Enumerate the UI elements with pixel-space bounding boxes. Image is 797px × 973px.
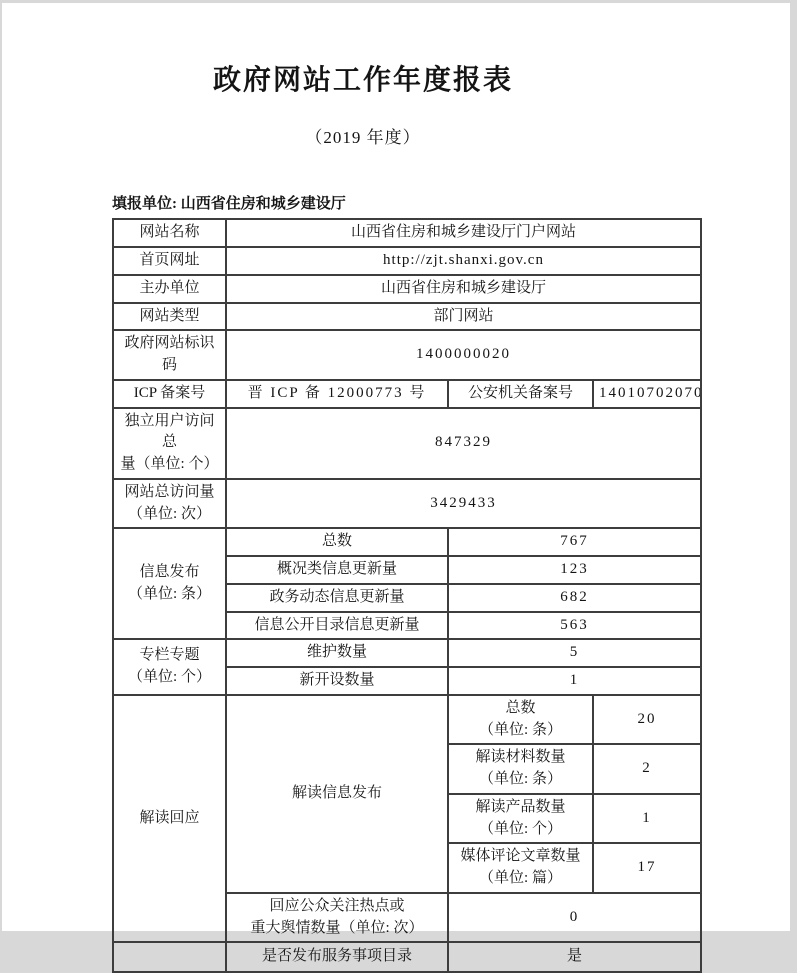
annual-report-table: 网站名称 山西省住房和城乡建设厅门户网站 首页网址 http://zjt.sha…: [112, 218, 702, 931]
row-site-name: 网站名称 山西省住房和城乡建设厅门户网站: [113, 219, 701, 247]
page-title: 政府网站工作年度报表: [2, 58, 724, 98]
site-code-label: 政府网站标识码: [113, 330, 226, 380]
row-columns-maintained: 专栏专题 （单位: 个） 维护数量 5: [113, 639, 701, 667]
total-visits-label: 网站总访问量 （单位: 次）: [113, 479, 226, 529]
info-directory-label: 信息公开目录信息更新量: [226, 612, 448, 640]
reporting-unit: 填报单位: 山西省住房和城乡建设厅: [112, 192, 346, 213]
total-visits-value: 3429433: [226, 479, 701, 529]
site-code-value: 1400000020: [226, 330, 701, 380]
info-overview-label: 概况类信息更新量: [226, 556, 448, 584]
row-interp-total: 解读回应 解读信息发布 总数 （单位: 条） 20: [113, 695, 701, 745]
info-total-value: 767: [448, 528, 701, 556]
row-unique-visitors: 独立用户访问总 量（单位: 个） 847329: [113, 408, 701, 479]
organizer-label: 主办单位: [113, 275, 226, 303]
site-type-value: 部门网站: [226, 303, 701, 331]
homepage-url-value: http://zjt.shanxi.gov.cn: [226, 247, 701, 275]
columns-maintained-label: 维护数量: [226, 639, 448, 667]
columns-maintained-value: 5: [448, 639, 701, 667]
info-directory-value: 563: [448, 612, 701, 640]
psb-value: 14010702070059: [593, 380, 701, 408]
row-info-total: 信息发布 （单位: 条） 总数 767: [113, 528, 701, 556]
info-total-label: 总数: [226, 528, 448, 556]
document-page: 政府网站工作年度报表 （2019 年度） 填报单位: 山西省住房和城乡建设厅 网…: [2, 3, 790, 931]
interp-materials-label: 解读材料数量 （单位: 条）: [448, 744, 593, 794]
row-site-type: 网站类型 部门网站: [113, 303, 701, 331]
interp-total-label: 总数 （单位: 条）: [448, 695, 593, 745]
unique-visitors-label: 独立用户访问总 量（单位: 个）: [113, 408, 226, 479]
info-overview-value: 123: [448, 556, 701, 584]
response-value: 0: [448, 893, 701, 931]
row-organizer: 主办单位 山西省住房和城乡建设厅: [113, 275, 701, 303]
interp-media-value: 17: [593, 843, 701, 893]
special-columns-group-label: 专栏专题 （单位: 个）: [113, 639, 226, 695]
interpretation-publish-label: 解读信息发布: [226, 695, 448, 893]
response-label: 回应公众关注热点或 重大舆情数量（单位: 次）: [226, 893, 448, 931]
interp-media-label: 媒体评论文章数量 （单位: 篇）: [448, 843, 593, 893]
row-site-code: 政府网站标识码 1400000020: [113, 330, 701, 380]
row-total-visits: 网站总访问量 （单位: 次） 3429433: [113, 479, 701, 529]
organizer-value: 山西省住房和城乡建设厅: [226, 275, 701, 303]
columns-new-label: 新开设数量: [226, 667, 448, 695]
icp-label: ICP 备案号: [113, 380, 226, 408]
row-homepage-url: 首页网址 http://zjt.shanxi.gov.cn: [113, 247, 701, 275]
interp-total-value: 20: [593, 695, 701, 745]
site-name-label: 网站名称: [113, 219, 226, 247]
info-publish-group-label: 信息发布 （单位: 条）: [113, 528, 226, 639]
interp-products-label: 解读产品数量 （单位: 个）: [448, 794, 593, 844]
site-name-value: 山西省住房和城乡建设厅门户网站: [226, 219, 701, 247]
page-subtitle: （2019 年度）: [2, 123, 724, 148]
row-icp: ICP 备案号 晋 ICP 备 12000773 号 公安机关备案号 14010…: [113, 380, 701, 408]
icp-value: 晋 ICP 备 12000773 号: [226, 380, 448, 408]
info-dynamic-label: 政务动态信息更新量: [226, 584, 448, 612]
homepage-url-label: 首页网址: [113, 247, 226, 275]
interp-products-value: 1: [593, 794, 701, 844]
columns-new-value: 1: [448, 667, 701, 695]
site-type-label: 网站类型: [113, 303, 226, 331]
interpretation-group-label: 解读回应: [113, 695, 226, 931]
psb-label: 公安机关备案号: [448, 380, 593, 408]
unique-visitors-value: 847329: [226, 408, 701, 479]
info-dynamic-value: 682: [448, 584, 701, 612]
interp-materials-value: 2: [593, 744, 701, 794]
